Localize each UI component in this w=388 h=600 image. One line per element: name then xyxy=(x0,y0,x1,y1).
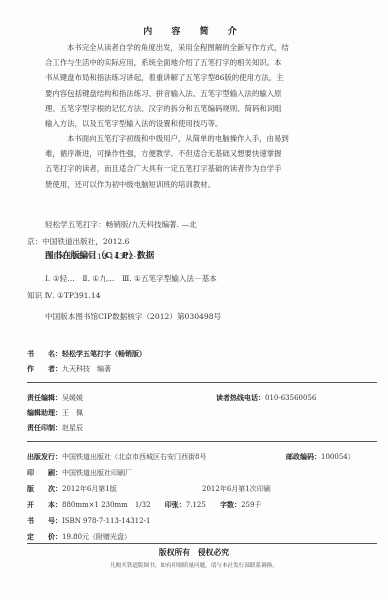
publisher-row: 出版发行：中国铁道出版社（北京市西城区右安门西街8号 xyxy=(27,452,206,462)
text-line: 输入方法，以及五笔字型输入法的设置和使用技巧等。 xyxy=(45,116,355,131)
words-value: 259千 xyxy=(241,501,261,509)
hotline-label: 读者热线电话： xyxy=(216,393,265,402)
postcode-value: 100054） xyxy=(321,453,355,461)
edition-row: 版 次：2012年6月第1版 xyxy=(27,484,117,494)
chief-editor-value: 吴媛媛 xyxy=(62,394,83,402)
rights-note: 凡购买铁道版图书，如有印制质量问题，请与本社发行部联系调换。 xyxy=(0,561,388,569)
copyright-page: 内 容 简 介 本书完全从读者自学的角度出发，采用全程图解的全新写作方式，结 合… xyxy=(0,0,388,600)
cip-line-1: 轻松学五笔打字：畅销版/九天科技编著. —北 xyxy=(45,219,197,230)
cip-record-number: 中国版本图书馆CIP数据核字（2012）第030498号 xyxy=(45,311,221,322)
printer-value: 中国铁道出版社印刷厂 xyxy=(62,469,132,477)
chief-editor-label: 责任编辑： xyxy=(27,393,62,402)
edition-value: 2012年6月第1版 xyxy=(62,485,117,493)
divider xyxy=(27,543,377,544)
book-name-value: 轻松学五笔打字（畅销版） xyxy=(62,349,146,358)
chief-editor-row: 责任编辑：吴媛媛 xyxy=(27,393,83,403)
cip-line-2: 京：中国铁道出版社，2012.6 xyxy=(27,236,130,247)
assistant-editor-label: 编辑助理： xyxy=(27,408,62,417)
publisher-label: 出版发行： xyxy=(27,452,62,461)
format-label: 开 本： xyxy=(27,500,62,509)
text-line: 要内容包括键盘结构和指法练习、拼音输入法、五笔字型输入法的输入原 xyxy=(45,86,355,101)
publisher-value: 中国铁道出版社（北京市西城区右安门西街8号 xyxy=(62,453,206,461)
text-line: 五笔打字的读者，而且适合广大具有一定五笔打字基础的读者作为自学手 xyxy=(45,161,355,176)
price-value: 19.80元（附赠光盘） xyxy=(62,533,131,541)
text-line: 难，循序渐进，可操作性强，方便教学。不但适合无基础又想要快速掌握 xyxy=(45,146,355,161)
divider xyxy=(27,441,377,442)
text-line: 册使用，还可以作为初中级电脑短训班的培训教材。 xyxy=(45,177,355,192)
assistant-editor-row: 编辑助理：王 佩 xyxy=(27,408,83,418)
summary-paragraph-2: 本书面向五笔打字初级和中级用户，从简单的电脑操作入手，由易到 难，循序渐进，可操… xyxy=(45,131,355,192)
cip-line-4: Ⅰ. ①轻… Ⅱ. ①九… Ⅲ. ①五笔字型输入法－基本 xyxy=(45,273,217,284)
book-name-row: 书 名：轻松学五笔打字（畅销版） xyxy=(27,349,146,359)
sheets-label: 印张： xyxy=(165,500,186,509)
isbn-value: ISBN 978-7-113-14312-1 xyxy=(62,517,150,525)
isbn-label: 书 号： xyxy=(27,516,62,525)
sheets-value: 7.125 xyxy=(186,501,206,509)
format-row: 开 本：880mm×1 230mm 1/32 印张：7.125 字数：259千 xyxy=(27,500,261,510)
assistant-editor-value: 王 佩 xyxy=(62,409,83,417)
author-label: 作 者： xyxy=(27,364,62,373)
divider xyxy=(27,382,377,383)
print-supervisor-value: 赵星辰 xyxy=(62,424,83,432)
author-value: 九天科技 编著 xyxy=(62,365,111,373)
cip-isbn: ISBN 978-7-113-14312-1 xyxy=(45,252,141,261)
print-supervisor-row: 责任印制：赵星辰 xyxy=(27,423,83,433)
text-line: 理、五笔字型字根的记忆方法、汉字的拆分和五笔编码规则、简码和词组 xyxy=(45,101,355,116)
price-label: 定 价： xyxy=(27,532,62,541)
text-line: 本书面向五笔打字初级和中级用户，从简单的电脑操作入手，由易到 xyxy=(45,131,355,146)
hotline-row: 读者热线电话：010-63560056 xyxy=(216,393,316,403)
print-supervisor-label: 责任印制： xyxy=(27,423,62,432)
cip-line-5: 知识 Ⅳ. ①TP391.14 xyxy=(27,290,101,301)
author-row: 作 者：九天科技 编著 xyxy=(27,364,111,374)
hotline-value: 010-63560056 xyxy=(265,394,316,402)
summary-paragraph-1: 本书完全从读者自学的角度出发，采用全程图解的全新写作方式，结 合工作与生活中的实… xyxy=(45,40,355,131)
printer-label: 印 刷： xyxy=(27,468,62,477)
text-line: 书从键盘布局和指法练习讲起，着重讲解了五笔字型86版的使用方法，主 xyxy=(45,70,355,85)
format-value: 880mm×1 230mm 1/32 xyxy=(62,501,151,509)
words-label: 字数： xyxy=(220,500,241,509)
summary-title: 内 容 简 介 xyxy=(0,24,388,37)
price-row: 定 价：19.80元（附赠光盘） xyxy=(27,532,131,542)
text-line: 合工作与生活中的实际应用，系统全面地介绍了五笔打字的相关知识。本 xyxy=(45,55,355,70)
edition-label: 版 次： xyxy=(27,484,62,493)
printer-row: 印 刷：中国铁道出版社印刷厂 xyxy=(27,468,132,478)
text-line: 本书完全从读者自学的角度出发，采用全程图解的全新写作方式，结 xyxy=(45,40,355,55)
book-name-label: 书 名： xyxy=(27,349,62,358)
postcode-row: 邮政编码：100054） xyxy=(286,452,355,462)
isbn-row: 书 号：ISBN 978-7-113-14312-1 xyxy=(27,516,150,526)
rights-title: 版权所有 侵权必究 xyxy=(0,547,388,558)
printing-value: 2012年6月第1次印刷 xyxy=(202,484,271,494)
postcode-label: 邮政编码： xyxy=(286,452,321,461)
